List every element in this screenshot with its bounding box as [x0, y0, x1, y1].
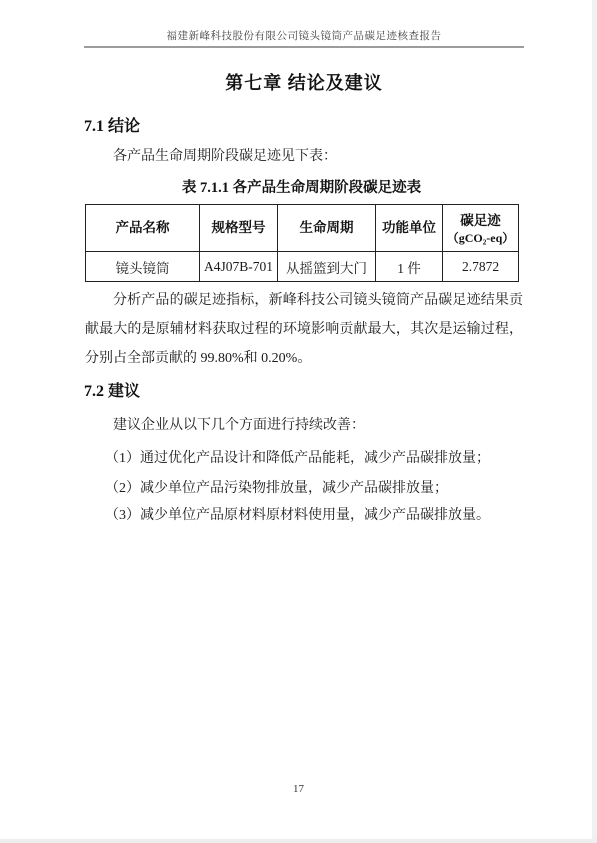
table-header-row: 产品名称 规格型号 生命周期 功能单位 碳足迹 （gCO₂-eq）: [86, 205, 519, 252]
suggestion-item-1: （1）通过优化产品设计和降低产品能耗，减少产品碳排放量；: [105, 448, 490, 470]
header-cell-footprint: 碳足迹 （gCO₂-eq）: [443, 205, 519, 252]
footprint-unit-label: （gCO₂-eq）: [445, 230, 516, 247]
analysis-paragraph: 分析产品的碳足迹指标，新峰科技公司镜头镜筒产品碳足迹结果贡献最大的是原辅材料获取…: [85, 286, 523, 373]
page-number: 17: [0, 781, 597, 797]
running-header: 福建新峰科技股份有限公司镜头镜筒产品碳足迹核查报告: [84, 29, 524, 45]
cell-model: A4J07B-701: [200, 252, 278, 282]
suggestion-item-2: （2）减少单位产品污染物排放量，减少产品碳排放量；: [105, 478, 448, 500]
footprint-label: 碳足迹: [445, 210, 516, 230]
cell-life-cycle: 从摇篮到大门: [278, 252, 376, 282]
header-cell-functional-unit: 功能单位: [376, 205, 443, 252]
report-page: 福建新峰科技股份有限公司镜头镜筒产品碳足迹核查报告 第七章 结论及建议 7.1 …: [0, 0, 597, 843]
scan-edge-right: [592, 0, 597, 843]
cell-product-name: 镜头镜筒: [86, 252, 200, 282]
table-data-row: 镜头镜筒 A4J07B-701 从摇篮到大门 1 件 2.7872: [86, 252, 519, 282]
scan-edge-bottom: [0, 839, 597, 843]
section-7-1-intro: 各产品生命周期阶段碳足迹见下表：: [113, 146, 337, 168]
header-rule: [84, 46, 524, 48]
chapter-title: 第七章 结论及建议: [84, 70, 524, 96]
section-7-2-heading: 7.2 建议: [84, 381, 140, 403]
header-cell-model: 规格型号: [200, 205, 278, 252]
suggestions-intro: 建议企业从以下几个方面进行持续改善：: [113, 415, 365, 437]
carbon-footprint-table: 产品名称 规格型号 生命周期 功能单位 碳足迹 （gCO₂-eq） 镜头镜筒 A…: [85, 204, 519, 282]
header-cell-product-name: 产品名称: [86, 205, 200, 252]
cell-functional-unit: 1 件: [376, 252, 443, 282]
header-cell-life-cycle: 生命周期: [278, 205, 376, 252]
section-7-1-heading: 7.1 结论: [84, 116, 140, 138]
cell-footprint-value: 2.7872: [443, 252, 519, 282]
suggestion-item-3: （3）减少单位产品原材料原材料使用量，减少产品碳排放量。: [105, 505, 490, 527]
table-caption: 表 7.1.1 各产品生命周期阶段碳足迹表: [85, 177, 518, 199]
